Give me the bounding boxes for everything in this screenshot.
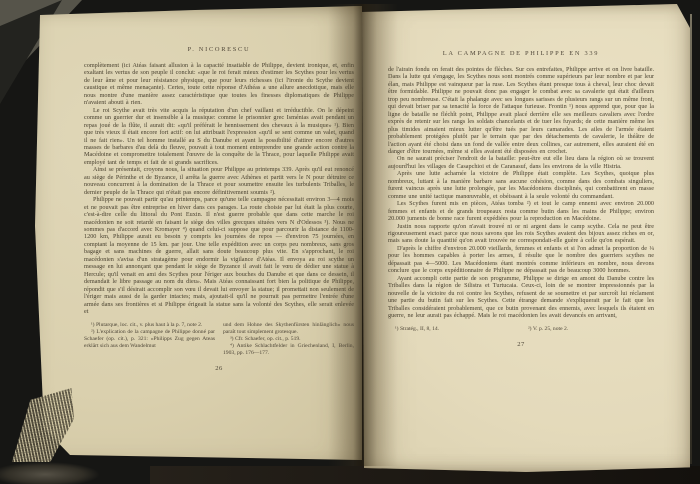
running-header-author: P. NICORESCU — [84, 46, 354, 53]
right-page-column: LA CAMPAGNE DE PHILIPPE EN 339 de l'aira… — [388, 50, 654, 348]
page-edge-highlight — [690, 14, 692, 464]
right-page-body: de l'airain fondu on ferait des pointes … — [388, 66, 654, 319]
footnote-text: und dem Hohne des Skythenfürsten hinläng… — [223, 322, 354, 336]
body-paragraph: Les Scythes furent mis en pièces, Atéas … — [388, 200, 654, 222]
body-paragraph: complètement (ici Atéas faisant allusion… — [84, 62, 354, 107]
body-paragraph: D'après le chiffre d'environ 20.000 viei… — [388, 245, 654, 275]
page-stack-edges — [8, 388, 74, 462]
page-number: 27 — [388, 341, 654, 348]
body-paragraph: Le roi Scythe avait très vite acquis la … — [84, 107, 354, 167]
footnote-text: ¹) Stratég., II, 8, 14. — [388, 326, 521, 333]
body-paragraph: Philippe ne pouvait partir qu'au printem… — [84, 196, 354, 315]
body-paragraph: On ne saurait préciser l'endroit de la b… — [388, 155, 654, 170]
left-page-footnotes: ¹) Plutarque, loc. cit., v. plus haut à … — [84, 322, 354, 357]
left-page-body: complètement (ici Atéas faisant allusion… — [84, 62, 354, 315]
footnote-column-right: und dem Hohne des Skythenfürsten hinläng… — [223, 322, 354, 357]
left-page-column: P. NICORESCU complètement (ici Atéas fai… — [84, 46, 354, 372]
book-scan-photo: P. NICORESCU complètement (ici Atéas fai… — [0, 0, 700, 484]
footnote-text: ²) L'explication de la campagne de Phili… — [84, 329, 215, 350]
body-paragraph: Après une lutte acharnée la victoire de … — [388, 170, 654, 200]
footnote-column-left: ¹) Plutarque, loc. cit., v. plus haut à … — [84, 322, 215, 357]
body-paragraph: Ainsi se présentait, croyons nous, la si… — [84, 166, 354, 196]
body-paragraph: Ayant accompli cette partie de son progr… — [388, 275, 654, 320]
page-number: 26 — [84, 365, 354, 372]
body-paragraph: Justin nous rapporte qu'on n'avait trouv… — [388, 223, 654, 245]
running-header-title: LA CAMPAGNE DE PHILIPPE EN 339 — [388, 50, 654, 57]
right-page-footnotes: ¹) Stratég., II, 8, 14. ²) V. p. 25, not… — [388, 326, 654, 333]
body-paragraph: de l'airain fondu on ferait des pointes … — [388, 66, 654, 155]
footnote-text: ⁴) Antike Schlachtfelder in Griechenland… — [223, 343, 354, 357]
footnote-text: ²) V. p. 25, note 2. — [521, 326, 654, 333]
